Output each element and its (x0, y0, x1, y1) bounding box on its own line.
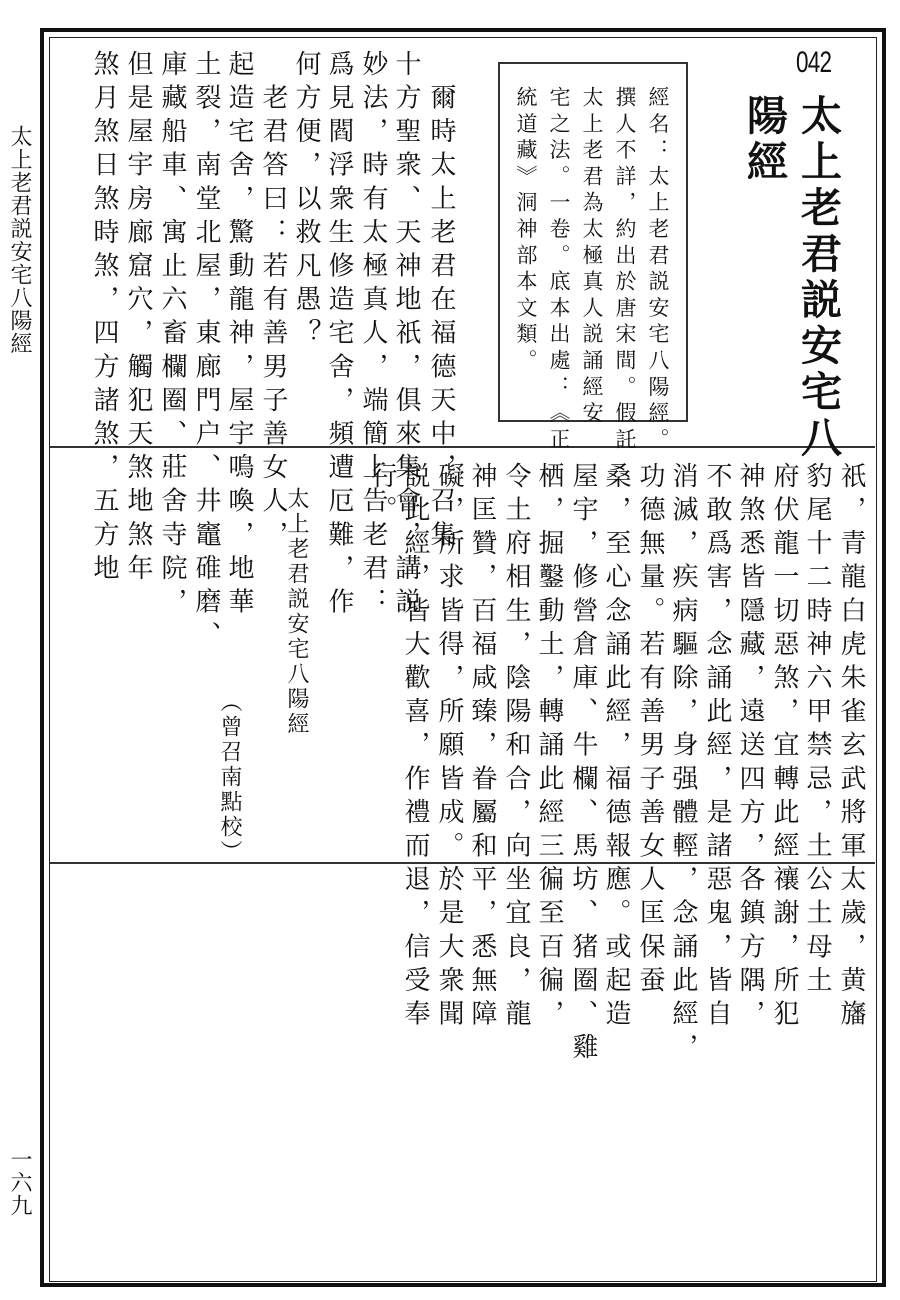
text-column: 神煞悉皆隱藏，遠送四方，各鎮方隅， (737, 462, 763, 1033)
text-column: 礙，所求皆得，所願皆成。於是大衆聞 (436, 462, 462, 1033)
text-column: 何方便，以救凡愚？ (293, 50, 319, 352)
info-line: 太上老君為太極真人説誦經安 (581, 86, 602, 428)
closing-title: 太上老君説安宅八陽經 (285, 487, 307, 737)
text-column: 豹尾十二時神六甲禁忌，土公土母土 (804, 462, 830, 1000)
text-column: 功德無量。若有善男子善女人匡保蚕 (637, 462, 663, 1000)
proofreader-credit: （曾召南點校） (218, 690, 240, 865)
text-column: 府伏龍一切惡煞，宜轉此經禳謝，所犯 (771, 462, 797, 1033)
info-line: 經名：太上老君説安宅八陽經。 (647, 86, 668, 454)
text-column: 消滅，疾病驅除，身强體輕，念誦此經， (670, 462, 696, 1067)
info-line: 統道藏》洞神部本文類。 (515, 86, 536, 375)
page-number: 一六九 (8, 1148, 30, 1217)
info-line: 撰人不詳，約出於唐宋間。假託 (614, 86, 635, 454)
text-column: 爲見閻浮衆生修造宅舍，頻遭厄難，作 (326, 50, 352, 621)
text-column: 栖，掘鑿動土，轉誦此經三徧至百徧， (536, 462, 562, 1033)
text-column: 祇，青龍白虎朱雀玄武將軍太歲，黄旛 (838, 462, 864, 1033)
text-column: 妙法，時有太極真人，端簡上告老君： (360, 50, 386, 621)
text-column: 土裂，南堂北屋，東廊門户、井竈碓磨、 (193, 50, 219, 655)
text-column: 庫藏船車、寓止六畜欄圈、莊舍寺院， (159, 50, 185, 621)
scripture-info-box: 經名：太上老君説安宅八陽經。 撰人不詳，約出於唐宋間。假託 太上老君為太極真人説… (498, 62, 688, 422)
text-column: 屋宇，修營倉庫、牛欄、馬坊、猪圈、雞 (570, 462, 596, 1067)
text-column: 起造宅舍，驚動龍神，屋宇鳴喚，地華 (226, 50, 252, 621)
text-column: 煞月煞日煞時煞，四方諸煞，五方地 (91, 50, 117, 588)
info-line: 宅之法。一卷。底本出處：《正 (548, 86, 569, 454)
text-column: 老君答曰：若有善男子善女人， (260, 50, 286, 554)
text-column: 桑，至心念誦此經，福德報應。或起造 (603, 462, 629, 1033)
text-column: 但是屋宇房廊窟穴，觸犯天煞地煞年 (125, 50, 151, 588)
document-number: 042 (796, 48, 831, 78)
scripture-title-line-1: 太上老君説安宅八 (797, 94, 838, 462)
running-title: 太上老君説安宅八陽經 (8, 125, 30, 355)
text-column: 説此經，皆大歡喜，作禮而退，信受奉 (402, 462, 428, 1033)
text-column: 令土府相生，陰陽和合，向坐宜良，龍 (503, 462, 529, 1033)
scripture-title-line-2: 陽經 (743, 94, 784, 186)
text-column: 行。 (369, 462, 395, 529)
text-column: 神匡贊，百福咸臻，眷屬和平，悉無障 (469, 462, 495, 1033)
text-column: 不敢爲害，念誦此經，是諸惡鬼，皆自 (704, 462, 730, 1033)
